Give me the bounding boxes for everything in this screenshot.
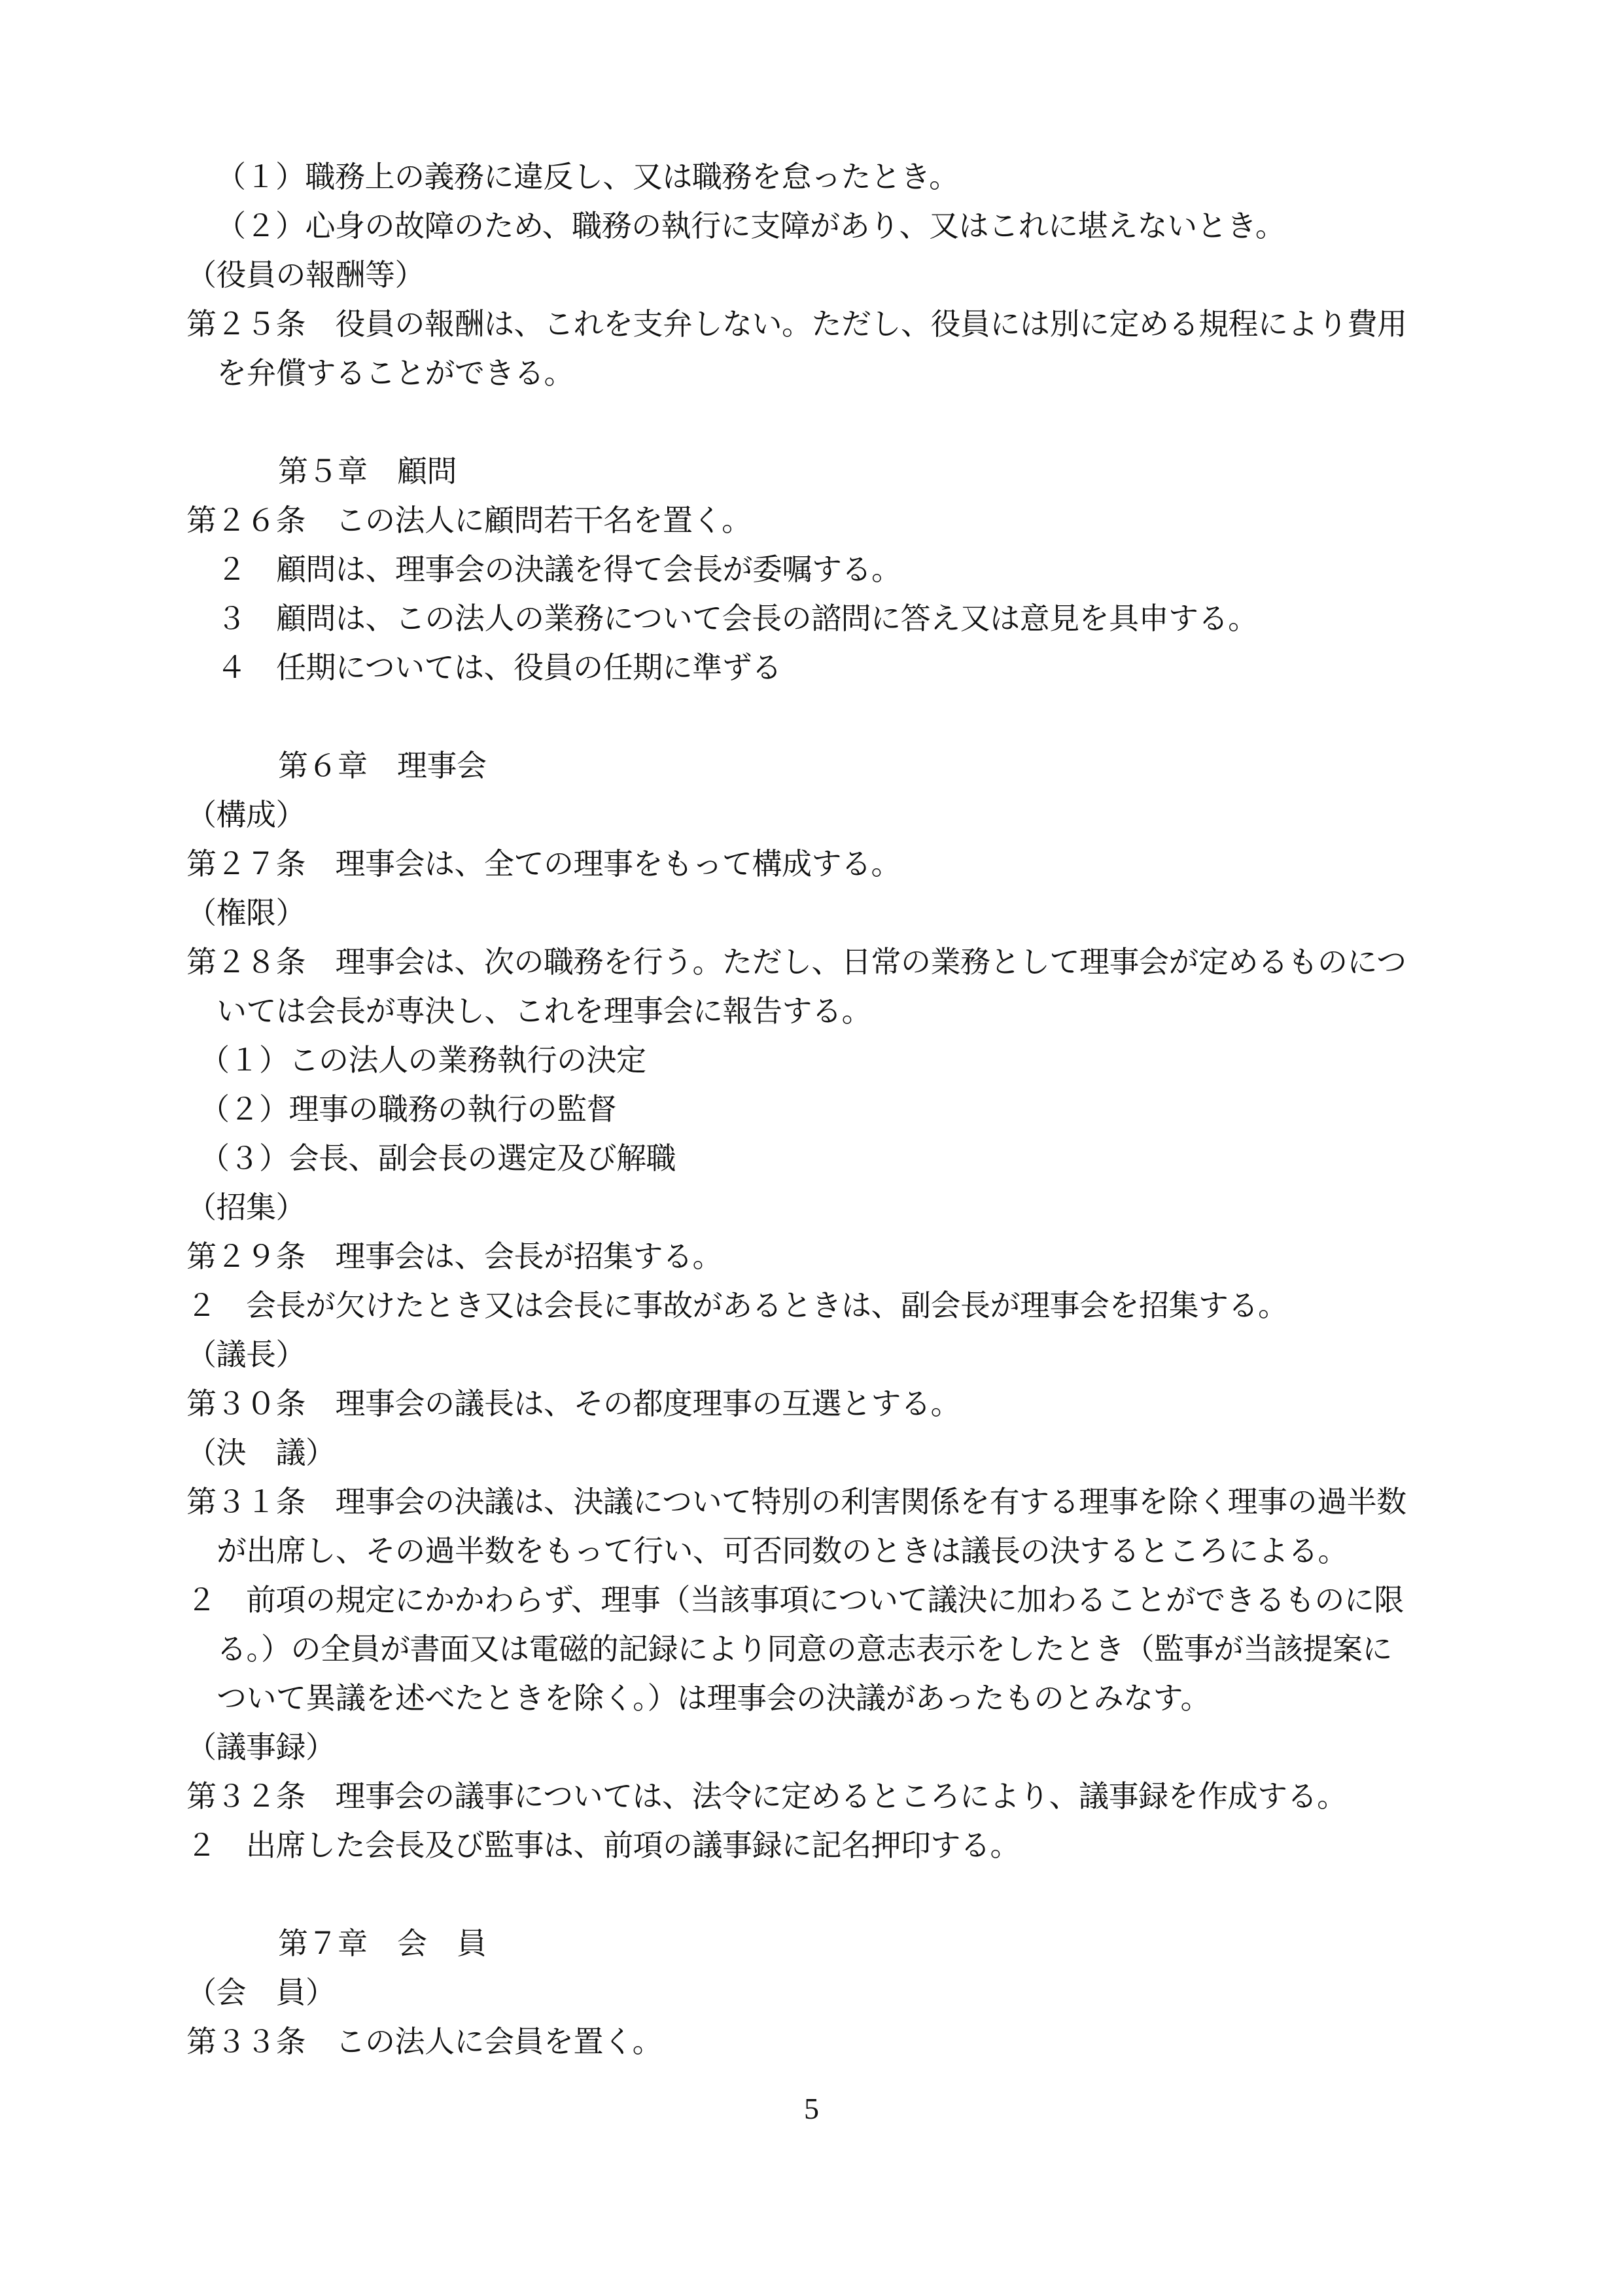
document-line: （招集）: [186, 1183, 1469, 1232]
document-line: ２ 会長が欠けたとき又は会長に事故があるときは、副会長が理事会を招集する。: [186, 1281, 1469, 1330]
document-body: （１）職務上の義務に違反し、又は職務を怠ったとき。（２）心身の故障のため、職務の…: [186, 152, 1469, 2066]
document-line: ２ 出席した会長及び監事は、前項の議事録に記名押印する。: [186, 1821, 1469, 1870]
document-line: 第２５条 役員の報酬は、これを支弁しない。ただし、役員には別に定める規程により費…: [186, 300, 1469, 349]
document-line: （２）理事の職務の執行の監督: [186, 1085, 1469, 1134]
document-line: る。）の全員が書面又は電磁的記録により同意の意志表示をしたとき（監事が当該提案に: [186, 1625, 1469, 1674]
document-line: （２）心身の故障のため、職務の執行に支障があり、又はこれに堪えないとき。: [186, 202, 1469, 251]
blank-line: [186, 1870, 1469, 1919]
page-number: 5: [804, 2092, 819, 2125]
blank-line: [186, 692, 1469, 741]
document-line: 第２７条 理事会は、全ての理事をもって構成する。: [186, 839, 1469, 889]
document-page: （１）職務上の義務に違反し、又は職務を怠ったとき。（２）心身の故障のため、職務の…: [0, 0, 1623, 2296]
document-line: ついて異議を述べたときを除く。）は理事会の決議があったものとみなす。: [186, 1674, 1469, 1723]
document-line: 第３１条 理事会の決議は、決議について特別の利害関係を有する理事を除く理事の過半…: [186, 1477, 1469, 1527]
document-line: （１）この法人の業務執行の決定: [186, 1036, 1469, 1085]
document-line: 第２９条 理事会は、会長が招集する。: [186, 1232, 1469, 1281]
page-footer: 5: [0, 2089, 1623, 2138]
document-line: （３）会長、副会長の選定及び解職: [186, 1134, 1469, 1183]
document-line: 第６章 理事会: [186, 741, 1469, 790]
document-line: （議事録）: [186, 1723, 1469, 1772]
document-line: 第３３条 この法人に会員を置く。: [186, 2017, 1469, 2066]
document-line: ３ 顧問は、この法人の業務について会長の諮問に答え又は意見を具申する。: [186, 594, 1469, 643]
document-line: が出席し、その過半数をもって行い、可否同数のときは議長の決するところによる。: [186, 1527, 1469, 1576]
document-line: 第２６条 この法人に顧問若干名を置く。: [186, 496, 1469, 545]
document-line: （役員の報酬等）: [186, 251, 1469, 300]
document-line: （構成）: [186, 790, 1469, 839]
document-line: ２ 前項の規定にかかわらず、理事（当該事項について議決に加わることができるものに…: [186, 1576, 1469, 1625]
document-line: （権限）: [186, 889, 1469, 938]
document-line: 第２８条 理事会は、次の職務を行う。ただし、日常の業務として理事会が定めるものに…: [186, 938, 1469, 987]
document-line: （議長）: [186, 1330, 1469, 1379]
document-line: 第５章 顧問: [186, 447, 1469, 496]
document-line: 第７章 会 員: [186, 1919, 1469, 1968]
document-line: ２ 顧問は、理事会の決議を得て会長が委嘱する。: [186, 545, 1469, 594]
document-line: を弁償することができる。: [186, 349, 1469, 398]
document-line: いては会長が専決し、これを理事会に報告する。: [186, 987, 1469, 1036]
document-line: （決 議）: [186, 1428, 1469, 1477]
document-line: ４ 任期については、役員の任期に準ずる: [186, 643, 1469, 692]
document-line: 第３０条 理事会の議長は、その都度理事の互選とする。: [186, 1379, 1469, 1428]
document-line: 第３２条 理事会の議事については、法令に定めるところにより、議事録を作成する。: [186, 1772, 1469, 1821]
document-line: （１）職務上の義務に違反し、又は職務を怠ったとき。: [186, 152, 1469, 202]
blank-line: [186, 398, 1469, 447]
document-line: （会 員）: [186, 1968, 1469, 2017]
